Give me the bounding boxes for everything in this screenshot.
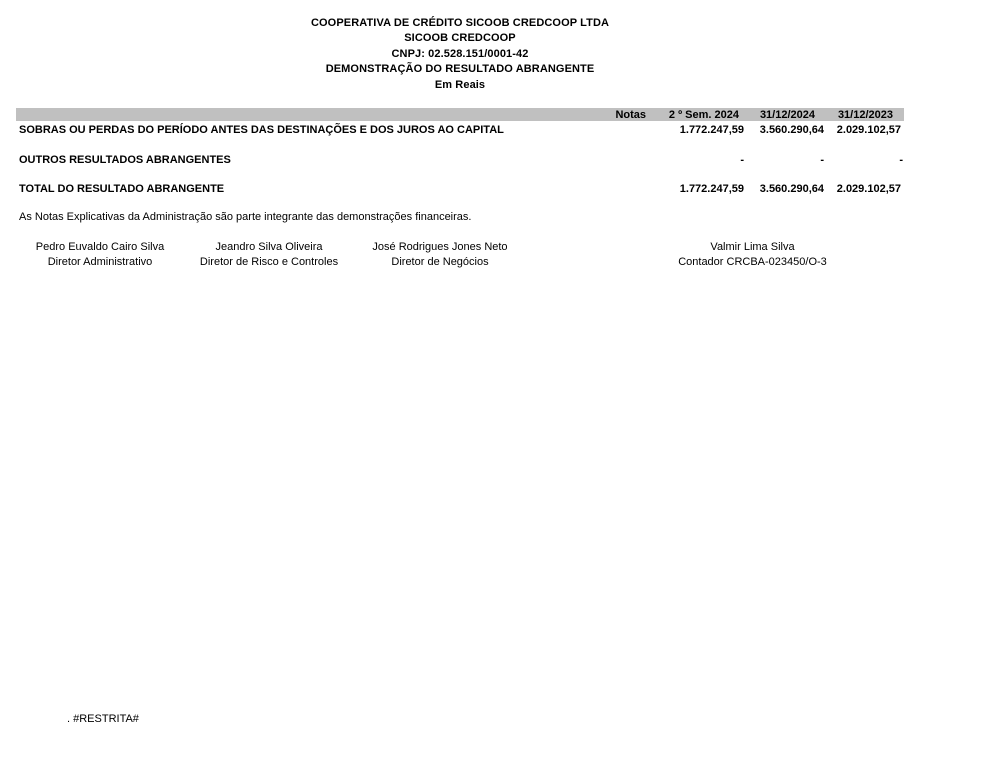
signatory-role: Contador CRCBA-023450/O-3 <box>670 255 835 270</box>
signatory-name: Jeandro Silva Oliveira <box>189 240 349 255</box>
statement-title: DEMONSTRAÇÃO DO RESULTADO ABRANGENTE <box>0 63 920 75</box>
signature-block: Valmir Lima Silva Contador CRCBA-023450/… <box>670 240 835 270</box>
company-short-name: SICOOB CREDCOOP <box>0 32 920 44</box>
currency-note: Em Reais <box>0 79 920 91</box>
cell-total-2sem2024: 1.772.247,59 <box>654 183 744 195</box>
column-header-2023: 31/12/2023 <box>820 109 893 121</box>
cell-outros-2024: - <box>734 154 824 166</box>
signatory-name: José Rodrigues Jones Neto <box>360 240 520 255</box>
signatory-name: Pedro Euvaldo Cairo Silva <box>20 240 180 255</box>
column-header-notas: Notas <box>596 109 646 121</box>
company-name: COOPERATIVA DE CRÉDITO SICOOB CREDCOOP L… <box>0 17 920 29</box>
classification-footer: . #RESTRITA# <box>67 713 139 725</box>
row-label-outros: OUTROS RESULTADOS ABRANGENTES <box>19 154 231 166</box>
signatory-role: Diretor de Negócios <box>360 255 520 270</box>
signature-block: José Rodrigues Jones Neto Diretor de Neg… <box>360 240 520 270</box>
signatory-name: Valmir Lima Silva <box>670 240 835 255</box>
cell-sobras-2sem2024: 1.772.247,59 <box>654 124 744 136</box>
row-label-total: TOTAL DO RESULTADO ABRANGENTE <box>19 183 224 195</box>
row-label-sobras: SOBRAS OU PERDAS DO PERÍODO ANTES DAS DE… <box>19 124 504 136</box>
cell-outros-2sem2024: - <box>654 154 744 166</box>
signature-block: Pedro Euvaldo Cairo Silva Diretor Admini… <box>20 240 180 270</box>
column-header-2sem-2024: 2 º Sem. 2024 <box>650 109 739 121</box>
explanatory-note: As Notas Explicativas da Administração s… <box>19 211 471 223</box>
cell-sobras-2023: 2.029.102,57 <box>811 124 901 136</box>
cnpj: CNPJ: 02.528.151/0001-42 <box>0 48 920 60</box>
signatory-role: Diretor Administrativo <box>20 255 180 270</box>
signatory-role: Diretor de Risco e Controles <box>189 255 349 270</box>
cell-outros-2023: - <box>813 154 903 166</box>
signature-block: Jeandro Silva Oliveira Diretor de Risco … <box>189 240 349 270</box>
cell-total-2023: 2.029.102,57 <box>811 183 901 195</box>
column-header-2024: 31/12/2024 <box>740 109 815 121</box>
